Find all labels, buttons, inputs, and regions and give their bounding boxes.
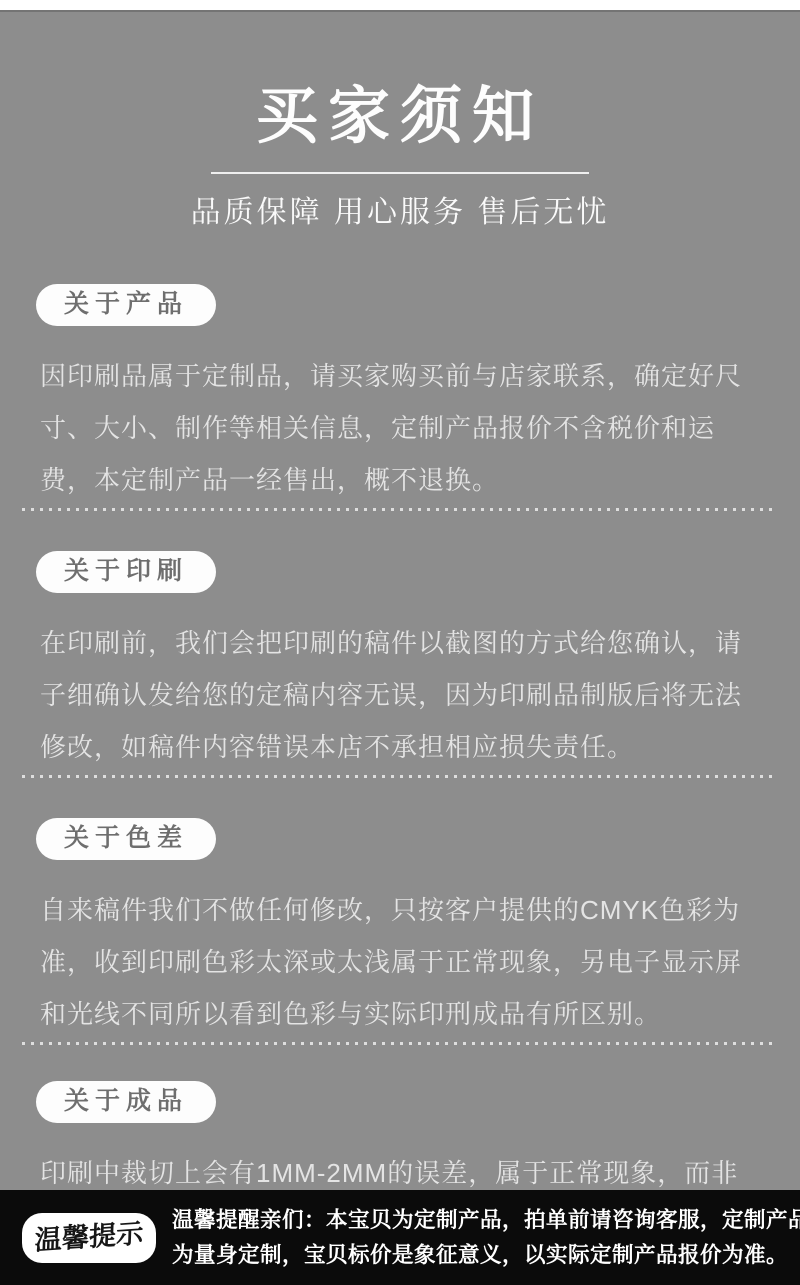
dotted-divider bbox=[22, 508, 778, 511]
warm-reminder-badge: 温馨提示 bbox=[22, 1213, 156, 1263]
section-about-finished-product: 关于成品 印刷中裁切上会有1MM-2MM的误差，属于正常现象，而非质量问题。 bbox=[0, 1081, 800, 1190]
section-label-pill: 关于印刷 bbox=[36, 551, 216, 593]
warm-reminder-line-1: 温馨提醒亲们：本宝贝为定制产品，拍单前请咨询客服，定制产品 bbox=[172, 1203, 800, 1238]
top-strip bbox=[0, 0, 800, 12]
buyer-notice-page: 买家须知 品质保障 用心服务 售后无忧 关于产品 因印刷品属于定制品，请买家购买… bbox=[0, 0, 800, 1285]
section-body: 印刷中裁切上会有1MM-2MM的误差，属于正常现象，而非质量问题。 bbox=[40, 1147, 764, 1190]
section-label: 关于产品 bbox=[64, 290, 188, 318]
section-label: 关于成品 bbox=[64, 1087, 188, 1115]
section-body: 自来稿件我们不做任何修改，只按客户提供的CMYK色彩为准，收到印刷色彩太深或太浅… bbox=[40, 884, 764, 1040]
warm-reminder-badge-label: 温馨提示 bbox=[34, 1220, 143, 1254]
section-label-pill: 关于成品 bbox=[36, 1081, 216, 1123]
section-label-pill: 关于产品 bbox=[36, 284, 216, 326]
section-about-color-difference: 关于色差 自来稿件我们不做任何修改，只按客户提供的CMYK色彩为准，收到印刷色彩… bbox=[0, 818, 800, 1040]
notice-content: 买家须知 品质保障 用心服务 售后无忧 关于产品 因印刷品属于定制品，请买家购买… bbox=[0, 12, 800, 1190]
section-about-printing: 关于印刷 在印刷前，我们会把印刷的稿件以截图的方式给您确认，请子细确认发给您的定… bbox=[0, 551, 800, 773]
warm-reminder-bar: 温馨提示 温馨提醒亲们：本宝贝为定制产品，拍单前请咨询客服，定制产品 为量身定制… bbox=[0, 1190, 800, 1285]
section-label-pill: 关于色差 bbox=[36, 818, 216, 860]
section-label: 关于色差 bbox=[64, 824, 188, 852]
warm-reminder-text: 温馨提醒亲们：本宝贝为定制产品，拍单前请咨询客服，定制产品 为量身定制，宝贝标价… bbox=[172, 1203, 800, 1273]
warm-reminder-line-2: 为量身定制，宝贝标价是象征意义，以实际定制产品报价为准。 bbox=[172, 1238, 800, 1273]
page-title: 买家须知 bbox=[0, 86, 800, 148]
title-underline bbox=[211, 172, 589, 174]
page-subtitle: 品质保障 用心服务 售后无忧 bbox=[0, 198, 800, 228]
section-about-product: 关于产品 因印刷品属于定制品，请买家购买前与店家联系，确定好尺寸、大小、制作等相… bbox=[0, 284, 800, 506]
dotted-divider bbox=[22, 775, 778, 778]
section-body: 因印刷品属于定制品，请买家购买前与店家联系，确定好尺寸、大小、制作等相关信息，定… bbox=[40, 350, 764, 506]
dotted-divider bbox=[22, 1042, 778, 1045]
section-body: 在印刷前，我们会把印刷的稿件以截图的方式给您确认，请子细确认发给您的定稿内容无误… bbox=[40, 617, 764, 773]
section-label: 关于印刷 bbox=[64, 557, 188, 585]
